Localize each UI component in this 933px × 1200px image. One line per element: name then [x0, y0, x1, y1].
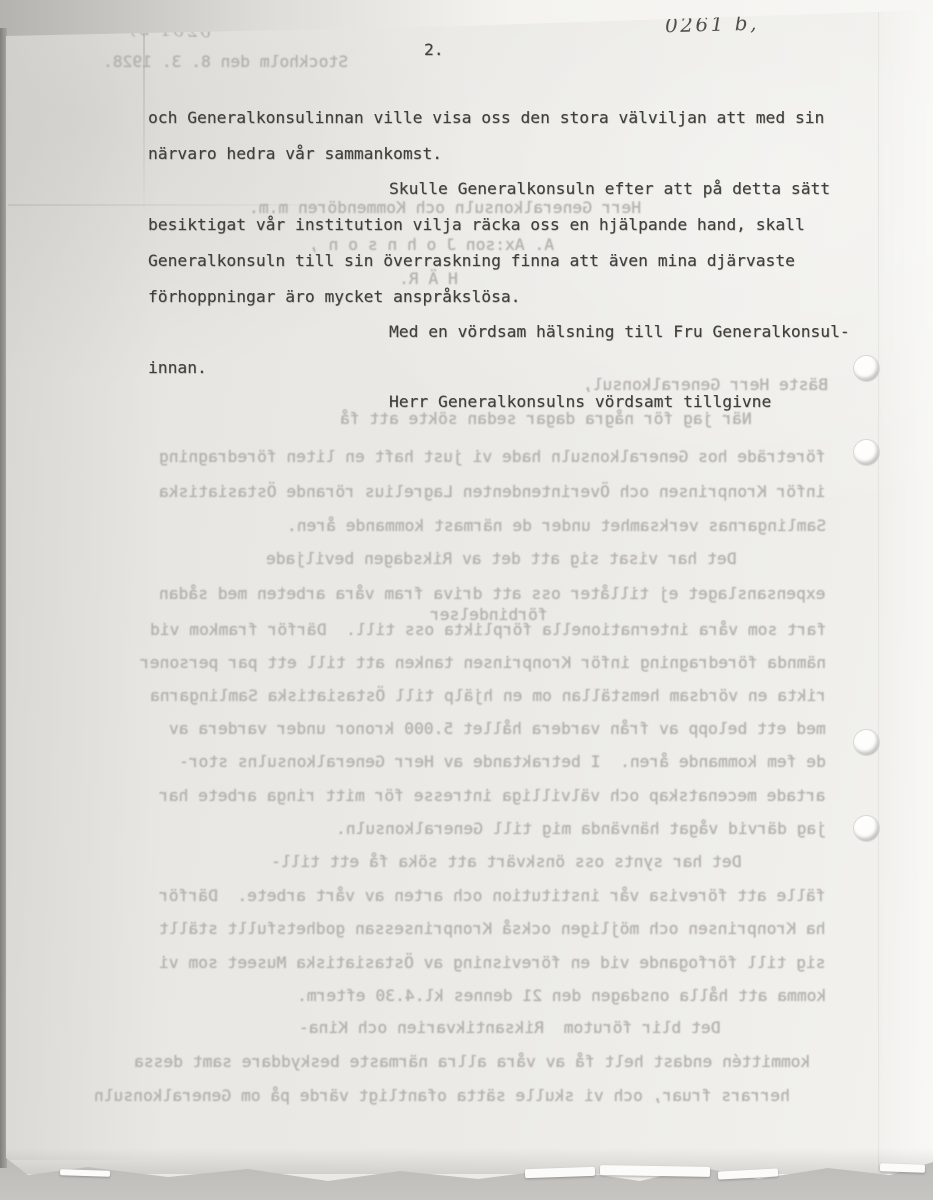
punch-hole — [854, 356, 879, 381]
ghost-line: sig till förfogande vid en förevisning a… — [159, 953, 826, 973]
ghost-line: kommittén endast helt få av våra allra n… — [134, 1052, 810, 1072]
typed-line: närvaro hedra vår sammankomst. — [148, 144, 442, 164]
ghost-line: jag därvid vågat hänvända mig till Gener… — [336, 819, 826, 839]
ghost-line: nämnda föredragning inför Kronprinsen ta… — [140, 653, 826, 673]
ghost-line: Samlingarnas verksamhet under de närmast… — [287, 516, 826, 536]
punch-hole — [854, 816, 879, 841]
page-left-edge-shadow — [0, 28, 7, 1168]
bottom-tear-shadow — [0, 1148, 933, 1174]
scanned-letter-page: 0261 b, 0261 b, 2. Stockholm den 8. 3. 1… — [0, 0, 933, 1200]
ghost-line: Det har visat sig att det av Riksdagen b… — [266, 549, 737, 569]
typed-line: och Generalkonsulinnan ville visa oss de… — [148, 108, 824, 128]
ghost-line: Stockholm den 8. 3. 1928. — [103, 52, 348, 72]
typed-line: förhoppningar äro mycket anspråkslösa. — [148, 287, 520, 307]
ghost-line: med ett belopp av från vardera hållet 5.… — [169, 719, 826, 739]
ghost-line: fart som våra internationella förplikta … — [150, 620, 826, 640]
paper-sheet: 0261 b, 0261 b, 2. Stockholm den 8. 3. 1… — [0, 0, 933, 1200]
ghost-line: expensanslaget ej tillåter oss att driva… — [159, 584, 826, 604]
paper-right-margin-highlight — [878, 10, 933, 1170]
ghost-line: inför Kronprinsen och Överintendenten La… — [159, 482, 826, 502]
ghost-line: Det blir förutom Riksantikvarien och Kin… — [299, 1018, 721, 1038]
punch-hole — [854, 730, 879, 755]
typed-line: besiktigat vår institution vilja räcka o… — [148, 215, 805, 235]
ghost-line: rikta en vördsam hemställan om en hjälp … — [150, 686, 826, 706]
ghost-line: ha Kronprinsen och möjligen också Kronpr… — [159, 919, 826, 939]
punch-hole — [854, 440, 879, 465]
ghost-line: fälle att förevisa vår institution och a… — [159, 886, 826, 906]
torn-edge-fragment — [880, 1163, 925, 1173]
ghost-line: artade mecenatskap och välvilliga intres… — [159, 786, 826, 806]
torn-edge-fragment — [600, 1165, 710, 1177]
typed-line: Generalkonsuln till sin överraskning fin… — [148, 251, 795, 271]
ghost-line: När jag för några dagar sedan sökte att … — [340, 409, 752, 429]
ghost-line: herrars fruar, och vi skulle sätta ofant… — [94, 1086, 790, 1106]
typed-line: Skulle Generalkonsuln efter att på detta… — [389, 179, 830, 199]
paper-shading — [0, 0, 180, 1160]
ghost-line: H Ä R. — [399, 269, 458, 289]
typed-line: innan. — [148, 358, 207, 378]
page-number: 2. — [424, 40, 444, 60]
ghost-line: företräde hos Generalkonsuln hade vi jus… — [159, 447, 826, 467]
ghost-line: Det har synts oss önskvärt att söka få e… — [271, 852, 742, 872]
ghost-line: komma att hålla onsdagen den 21 dennes k… — [297, 986, 826, 1006]
typed-line: Herr Generalkonsulns vördsamt tillgivne — [389, 392, 771, 412]
typed-line: Med en vördsam hälsning till Fru General… — [389, 322, 850, 342]
ghost-line: de fem kommande åren. I betraktande av H… — [179, 752, 826, 772]
